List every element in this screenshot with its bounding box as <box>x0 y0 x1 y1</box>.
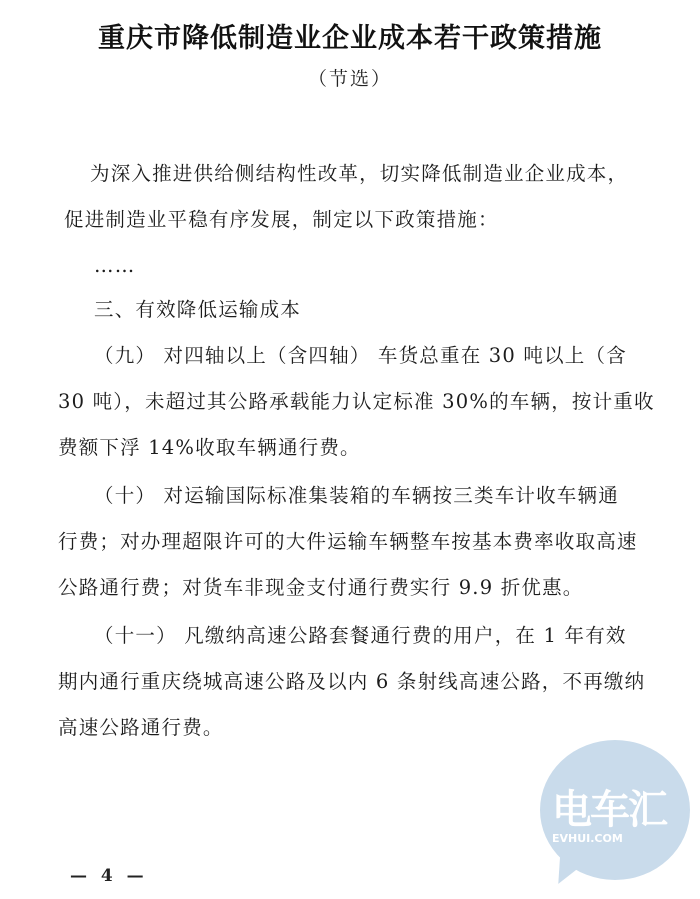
intro-line-2: 促进制造业平稳有序发展，制定以下政策措施： <box>64 204 499 232</box>
section-heading: 三、有效降低运输成本 <box>94 294 301 322</box>
item-eleven-line-3: 高速公路通行费。 <box>58 712 224 740</box>
item-eleven-line-2: 期内通行重庆绕城高速公路及以内 6 条射线高速公路，不再缴纳 <box>58 666 645 694</box>
page-title: 重庆市降低制造业企业成本若干政策措施 <box>0 16 700 55</box>
item-ten-line-1: （十） 对运输国际标准集装箱的车辆按三类车计收车辆通 <box>94 480 619 508</box>
item-ten-line-2: 行费；对办理超限许可的大件运输车辆整车按基本费率收取高速 <box>58 526 638 554</box>
page-subtitle: （节选） <box>0 64 700 91</box>
item-nine-line-1: （九） 对四轴以上（含四轴） 车货总重在 30 吨以上（含 <box>94 340 627 368</box>
watermark-logo: 电车汇 EVHUI.COM <box>540 740 690 890</box>
intro-line-1: 为深入推进供给侧结构性改革，切实降低制造业企业成本， <box>90 158 628 186</box>
ellipsis: …… <box>94 254 135 277</box>
item-eleven-line-1: （十一） 凡缴纳高速公路套餐通行费的用户，在 1 年有效 <box>94 620 627 648</box>
item-nine-line-2: 30 吨），未超过其公路承载能力认定标准 30%的车辆，按计重收 <box>58 386 655 414</box>
item-nine-line-3: 费额下浮 14%收取车辆通行费。 <box>58 432 361 460</box>
watermark-brand-en: EVHUI.COM <box>552 832 623 845</box>
item-ten-line-3: 公路通行费；对货车非现金支付通行费实行 9.9 折优惠。 <box>58 572 584 600</box>
watermark-brand-cn: 电车汇 <box>552 778 682 835</box>
page-number: — 4 — <box>70 866 148 886</box>
